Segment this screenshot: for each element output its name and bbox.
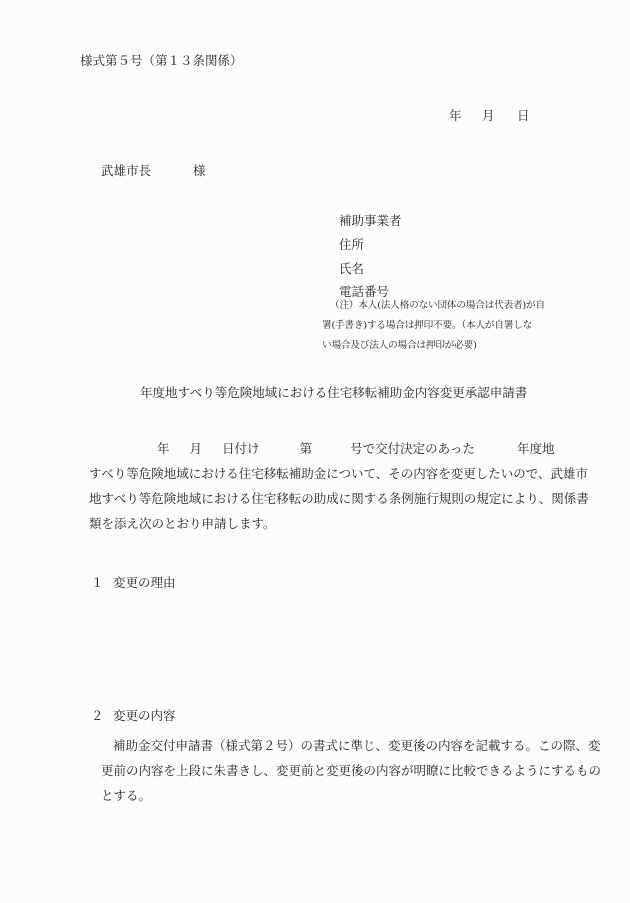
section-content-body: 補助金交付申請書（様式第２号）の書式に準じ、変更後の内容を記載する。この際、変 … bbox=[101, 733, 561, 808]
section-title: 変更の理由 bbox=[113, 575, 176, 590]
section-content-line: とする。 bbox=[101, 783, 561, 808]
body-line-2: すべり等危険地域における住宅移転補助金について、その内容を変更したいので、武雄市 bbox=[89, 461, 559, 486]
section-number: ２ bbox=[91, 706, 113, 724]
date-day-label: 日 bbox=[517, 106, 530, 124]
body-fiscal-year-label: 年度地 bbox=[517, 441, 555, 456]
section-title: 変更の内容 bbox=[113, 708, 176, 723]
section-content-line: 更前の内容を上段に朱書きし、変更前と変更後の内容が明瞭に比較できるようにするもの bbox=[101, 758, 561, 783]
addressee: 武雄市長 様 bbox=[101, 161, 151, 179]
section-content-line: 補助金交付申請書（様式第２号）の書式に準じ、変更後の内容を記載する。この際、変 bbox=[101, 733, 561, 758]
section-content-heading: ２変更の内容 bbox=[91, 706, 176, 724]
body-day-label: 日付け bbox=[222, 441, 260, 456]
body-line-3: 地すべり等危険地域における住宅移転の助成に関する条例施行規則の規定により、関係書 bbox=[89, 486, 559, 511]
applicant-name-label: 氏名 bbox=[339, 259, 364, 277]
body-year-label: 年 bbox=[157, 441, 170, 456]
application-body: 年月日付け第号で交付決定のあった年度地 すべり等危険地域における住宅移転補助金に… bbox=[89, 436, 559, 536]
document-title: 年度地すべり等危険地域における住宅移転補助金内容変更承認申請書 bbox=[140, 383, 527, 401]
seal-note-line: 署(手書き)する場合は押印不要。（本人が自署しな bbox=[322, 316, 562, 336]
addressee-honorific: 様 bbox=[193, 161, 206, 179]
section-number: １ bbox=[91, 573, 113, 591]
body-go-label: 号で交付決定のあった bbox=[350, 441, 475, 456]
section-reason-heading: １変更の理由 bbox=[91, 573, 176, 591]
seal-note-line: い場合及び法人の場合は押印が必要) bbox=[322, 336, 562, 356]
date-month-label: 月 bbox=[482, 106, 495, 124]
applicant-role: 補助事業者 bbox=[339, 211, 402, 229]
date-year-label: 年 bbox=[449, 106, 462, 124]
seal-note-line: （注）本人(法人格のない団体の場合は代表者)が自 bbox=[322, 296, 562, 316]
applicant-address-label: 住所 bbox=[339, 235, 364, 253]
addressee-name: 武雄市長 bbox=[101, 163, 151, 178]
form-number: 様式第５号（第１３条関係） bbox=[80, 51, 243, 69]
body-line-1: 年月日付け第号で交付決定のあった年度地 bbox=[89, 436, 559, 461]
body-month-label: 月 bbox=[190, 441, 203, 456]
body-dai-label: 第 bbox=[300, 441, 313, 456]
body-line-4: 類を添え次のとおり申請します。 bbox=[89, 511, 559, 536]
seal-note: （注）本人(法人格のない団体の場合は代表者)が自 署(手書き)する場合は押印不要… bbox=[322, 296, 562, 356]
